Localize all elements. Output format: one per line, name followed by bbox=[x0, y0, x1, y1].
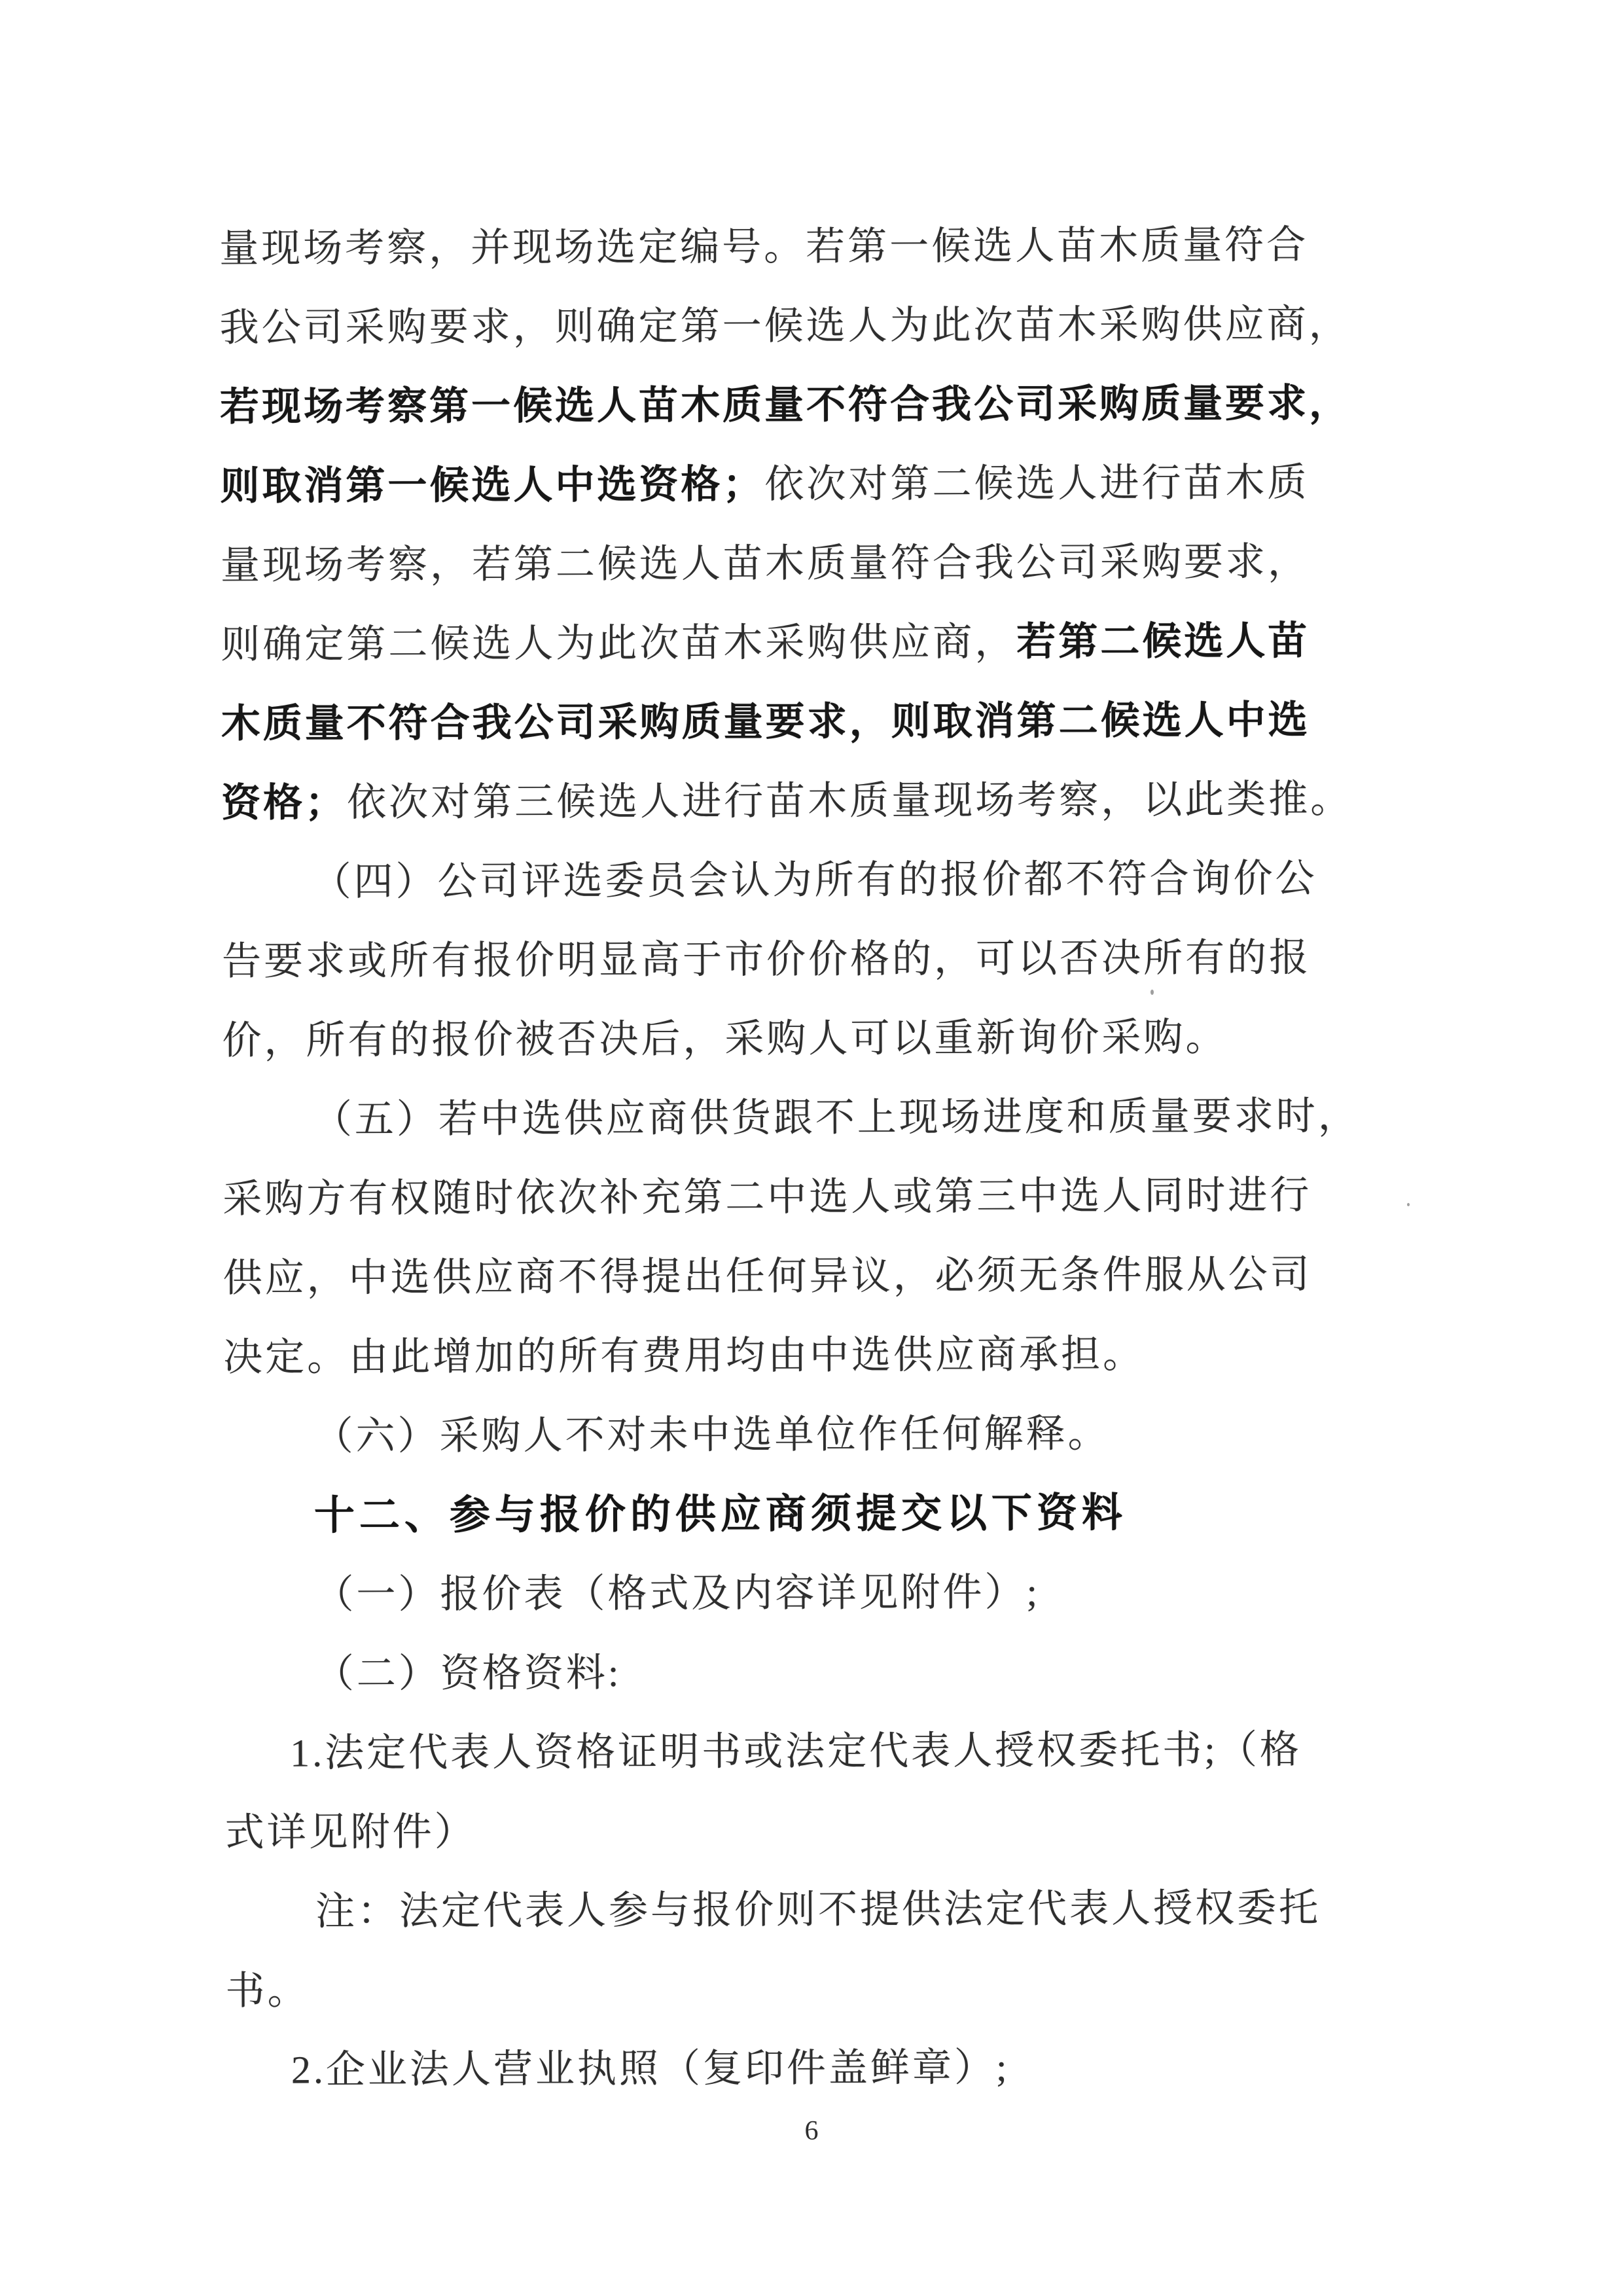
scan-speck bbox=[1407, 1203, 1410, 1206]
text-line: 1.法定代表人资格证明书或法定代表人授权委托书;（格 bbox=[224, 1710, 1412, 1793]
scan-speck bbox=[1150, 990, 1154, 995]
text-line: 决定。由此增加的所有费用均由中选供应商承担。 bbox=[223, 1314, 1411, 1397]
text-segment: 价，所有的报价被否决后，采购人可以重新询价采购。 bbox=[222, 1016, 1227, 1062]
section-heading: 十二、参与报价的供应商须提交以下资料 bbox=[224, 1473, 1412, 1556]
text-segment: 注：法定代表人参与报价则不提供法定代表人授权委托 bbox=[315, 1886, 1321, 1933]
document-body: 量现场考察，并现场选定编号。若第一候选人苗木质量符合我公司采购要求，则确定第一候… bbox=[219, 206, 1414, 2110]
text-line: （四）公司评选委员会认为所有的报价都不符合询价公 bbox=[221, 839, 1409, 922]
text-line: 价，所有的报价被否决后，采购人可以重新询价采购。 bbox=[222, 997, 1410, 1081]
text-segment: 若第二候选人苗 bbox=[1016, 619, 1310, 664]
text-line: 采购方有权随时依次补充第二中选人或第三中选人同时进行 bbox=[223, 1156, 1410, 1239]
text-segment: 则取消第一候选人中选资格； bbox=[220, 463, 764, 508]
text-line: （一）报价表（格式及内容详见附件）; bbox=[224, 1552, 1412, 1635]
text-line: （六）采购人不对未中选单位作任何解释。 bbox=[223, 1393, 1411, 1477]
text-segment: （六）采购人不对未中选单位作任何解释。 bbox=[313, 1412, 1109, 1458]
text-segment: 2.企业法人营业执照（复印件盖鲜章）; bbox=[291, 2046, 1010, 2092]
text-segment: 书。 bbox=[225, 1969, 309, 2013]
text-line: （五）若中选供应商供货跟不上现场进度和质量要求时， bbox=[223, 1077, 1410, 1160]
text-line: 供应，中选供应商不得提出任何异议，必须无条件服从公司 bbox=[223, 1235, 1410, 1318]
text-line: 告要求或所有报价明显高于市价价格的，可以否决所有的报 bbox=[222, 918, 1410, 1001]
text-segment: 量现场考察，并现场选定编号。若第一候选人苗木质量符合 bbox=[219, 223, 1308, 270]
text-segment: 则确定第二候选人为此次苗木采购供应商， bbox=[221, 620, 1016, 666]
text-line: 资格；依次对第三候选人进行苗木质量现场考察，以此类推。 bbox=[221, 760, 1409, 843]
text-line: 量现场考察，并现场选定编号。若第一候选人苗木质量符合 bbox=[219, 206, 1407, 289]
text-line: 量现场考察，若第二候选人苗木质量符合我公司采购要求， bbox=[221, 522, 1408, 605]
text-segment: 依次对第三候选人进行苗木质量现场考察，以此类推。 bbox=[347, 778, 1352, 824]
text-segment: （五）若中选供应商供货跟不上现场进度和质量要求时， bbox=[313, 1094, 1360, 1141]
text-segment: 我公司采购要求，则确定第一候选人为此次苗木采购供应商， bbox=[220, 302, 1351, 350]
text-segment: （二）资格资料: bbox=[315, 1651, 622, 1696]
text-segment: 供应，中选供应商不得提出任何异议，必须无条件服从公司 bbox=[223, 1253, 1312, 1300]
text-segment: （四）公司评选委员会认为所有的报价都不符合询价公 bbox=[312, 857, 1317, 903]
text-line: 我公司采购要求，则确定第一候选人为此次苗木采购供应商， bbox=[219, 285, 1407, 368]
text-line: 则取消第一候选人中选资格；依次对第二候选人进行苗木质 bbox=[220, 443, 1408, 526]
page-number: 6 bbox=[0, 2115, 1623, 2147]
text-line: 2.企业法人营业执照（复印件盖鲜章）; bbox=[226, 2027, 1414, 2110]
text-segment: 告要求或所有报价明显高于市价价格的，可以否决所有的报 bbox=[222, 936, 1311, 983]
text-line: 书。 bbox=[225, 1948, 1413, 2031]
text-line: 注：法定代表人参与报价则不提供法定代表人授权委托 bbox=[225, 1869, 1413, 1952]
text-segment: 决定。由此增加的所有费用均由中选供应商承担。 bbox=[223, 1333, 1145, 1379]
document-page: 量现场考察，并现场选定编号。若第一候选人苗木质量符合我公司采购要求，则确定第一候… bbox=[0, 0, 1623, 2296]
text-segment: （一）报价表（格式及内容详见附件）; bbox=[314, 1571, 1040, 1617]
text-segment: 依次对第二候选人进行苗木质 bbox=[764, 461, 1309, 506]
text-segment: 十二、参与报价的供应商须提交以下资料 bbox=[314, 1490, 1127, 1538]
text-line: （二）资格资料: bbox=[224, 1631, 1412, 1714]
text-segment: 采购方有权随时依次补充第二中选人或第三中选人同时进行 bbox=[223, 1174, 1311, 1221]
text-segment: 1.法定代表人资格证明书或法定代表人授权委托书;（格 bbox=[290, 1728, 1302, 1774]
text-segment: 若现场考察第一候选人苗木质量不符合我公司采购质量要求， bbox=[220, 382, 1351, 429]
text-line: 木质量不符合我公司采购质量要求，则取消第二候选人中选 bbox=[221, 681, 1409, 764]
text-segment: 量现场考察，若第二候选人苗木质量符合我公司采购要求， bbox=[221, 540, 1310, 587]
text-line: 若现场考察第一候选人苗木质量不符合我公司采购质量要求， bbox=[220, 364, 1408, 447]
text-segment: 木质量不符合我公司采购质量要求，则取消第二候选人中选 bbox=[221, 698, 1310, 745]
text-segment: 式详见附件） bbox=[225, 1810, 476, 1854]
text-segment: 资格； bbox=[221, 781, 347, 825]
text-line: 式详见附件） bbox=[224, 1789, 1412, 1873]
text-line: 则确定第二候选人为此次苗木采购供应商，若第二候选人苗 bbox=[221, 601, 1408, 685]
